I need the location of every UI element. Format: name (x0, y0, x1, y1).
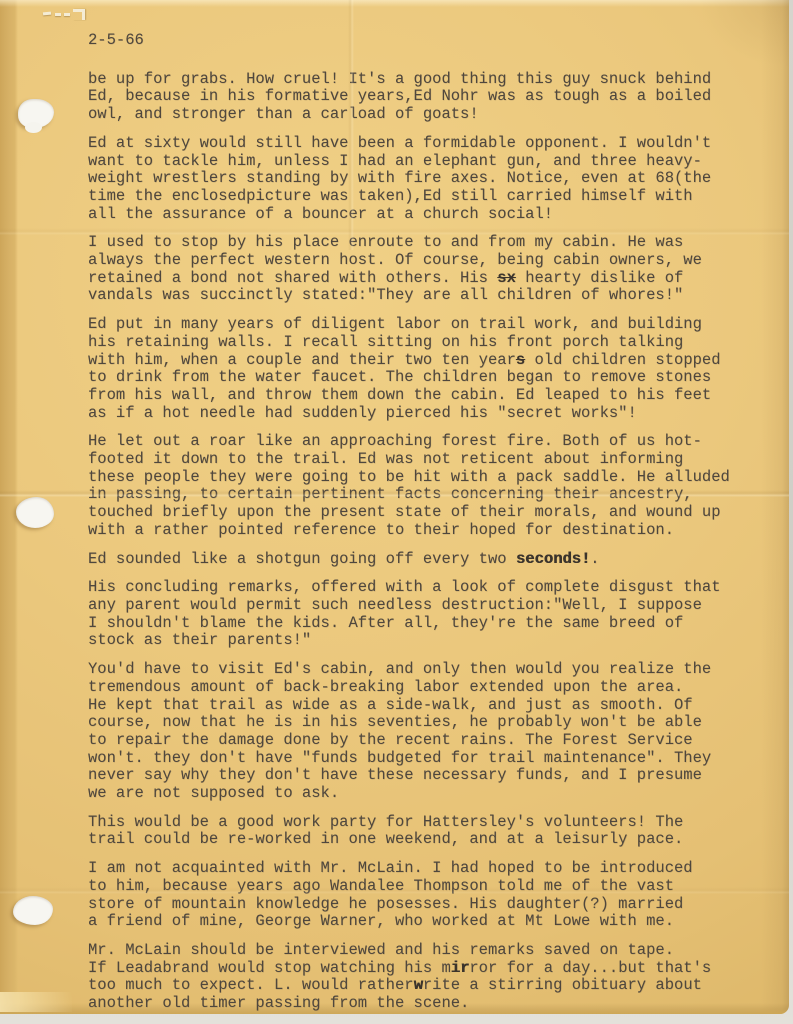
perforation-dash (43, 12, 51, 16)
overstruck-bold-text: ir (451, 959, 470, 977)
overstruck-bold-text: seconds! (516, 550, 590, 568)
paragraph: Ed put in many years of diligent labor o… (88, 316, 751, 422)
paragraph-text: Ed sounded like a shotgun going off ever… (88, 550, 516, 568)
overstruck-text: s (516, 351, 525, 369)
paragraph-text: . (590, 550, 599, 568)
perforation-hook (73, 9, 85, 20)
paragraph-text: He let out a roar like an approaching fo… (88, 432, 730, 539)
paragraph: I am not acquainted with Mr. McLain. I h… (88, 860, 751, 931)
paragraph: He let out a roar like an approaching fo… (88, 433, 751, 539)
paragraph: His concluding remarks, offered with a l… (88, 579, 751, 650)
perforation-dash (64, 13, 70, 16)
letter-body: be up for grabs. How cruel! It's a good … (88, 71, 751, 1013)
paper-sheet: 2-5-66 be up for grabs. How cruel! It's … (0, 0, 789, 1014)
paragraph: You'd have to visit Ed's cabin, and only… (88, 661, 751, 803)
punch-hole-bottom (13, 896, 53, 925)
paragraph-text: I am not acquainted with Mr. McLain. I h… (88, 859, 693, 930)
scanned-letter: 2-5-66 be up for grabs. How cruel! It's … (0, 0, 793, 1024)
paragraph-text: be up for grabs. How cruel! It's a good … (88, 70, 711, 123)
punch-hole-middle (16, 497, 54, 528)
paragraph: Mr. McLain should be interviewed and his… (88, 942, 751, 1013)
overstruck-bold-text: w (414, 976, 423, 994)
perforation-dash (55, 13, 61, 16)
overstruck-text: sx (497, 269, 516, 287)
letter-content: 2-5-66 be up for grabs. How cruel! It's … (0, 0, 789, 1014)
paragraph: This would be a good work party for Hatt… (88, 814, 751, 849)
paragraph-text: You'd have to visit Ed's cabin, and only… (88, 660, 711, 802)
paragraph-text: Ed at sixty would still have been a form… (88, 134, 711, 223)
paragraph-text: This would be a good work party for Hatt… (88, 813, 683, 849)
staple-perforation-mark (43, 8, 89, 20)
date-line: 2-5-66 (88, 32, 751, 50)
paragraph: Ed sounded like a shotgun going off ever… (88, 551, 751, 569)
paragraph: I used to stop by his place enroute to a… (88, 234, 751, 305)
paragraph: be up for grabs. How cruel! It's a good … (88, 71, 751, 124)
paragraph-text: His concluding remarks, offered with a l… (88, 578, 721, 649)
paragraph: Ed at sixty would still have been a form… (88, 135, 751, 224)
